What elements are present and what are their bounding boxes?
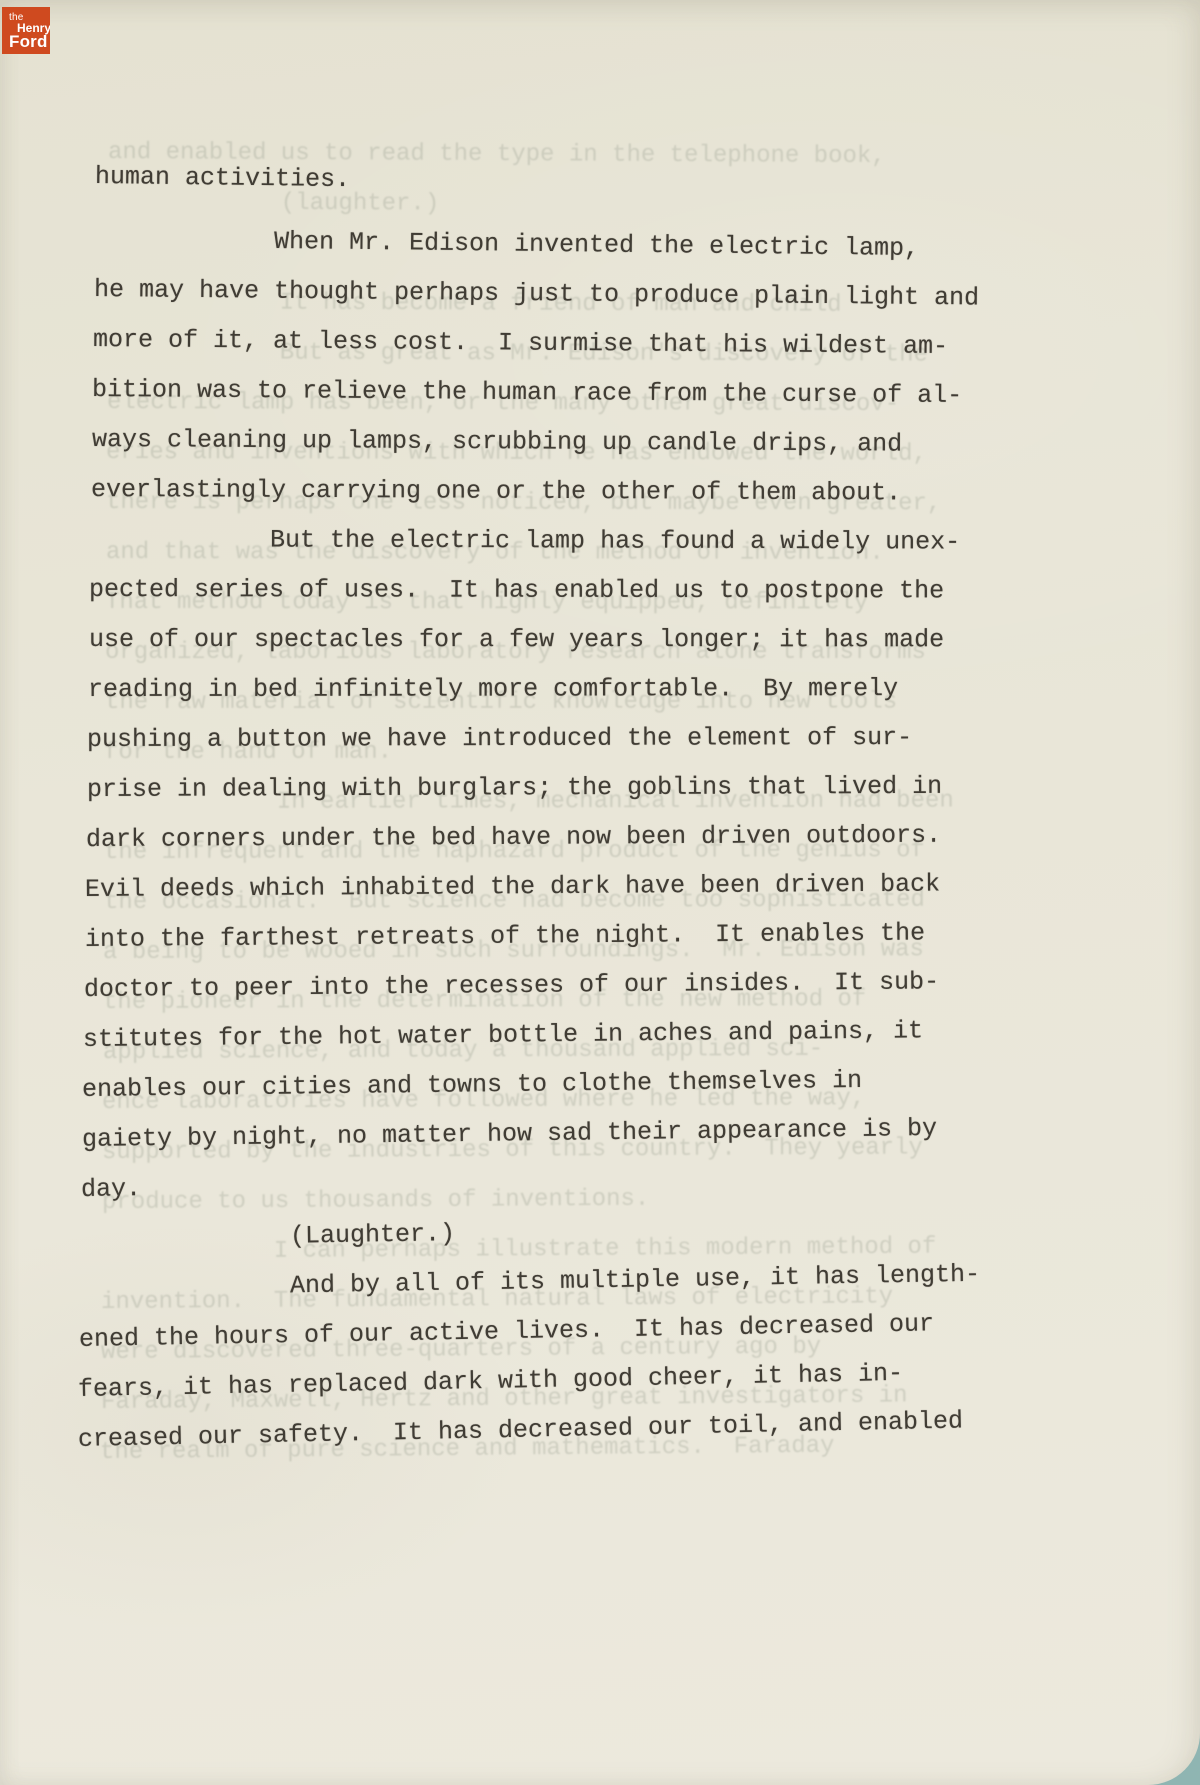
typed-line: pected series of uses. It has enabled us… (89, 565, 1160, 617)
typed-text-layer: human activities. When Mr. Edison invent… (95, 152, 1160, 1465)
document-page: the Henry Ford and enabled us to read th… (0, 0, 1200, 1785)
typed-line: human activities. (95, 152, 1161, 215)
typed-line: Evil deeds which inhabited the dark have… (85, 858, 1160, 915)
typed-line: dark corners under the bed have now been… (86, 810, 1160, 865)
typed-line: But the electric lamp has found a widely… (90, 515, 1160, 568)
henry-ford-logo: the Henry Ford (2, 7, 50, 54)
typed-line: ways cleaning up lamps, scrubbing up can… (91, 415, 1160, 471)
typed-line: more of it, at less cost. I surmise that… (93, 315, 1160, 374)
typed-line: prise in dealing with burglars; the gobl… (87, 761, 1161, 815)
typed-line: everlastingly carrying one or the other … (91, 465, 1160, 520)
typed-line: use of our spectacles for a few years lo… (89, 615, 1160, 665)
typed-line: bition was to relieve the human race fro… (92, 365, 1160, 422)
typed-line: reading in bed infinitely more comfortab… (88, 664, 1160, 715)
logo-text-ford: Ford (9, 32, 48, 52)
typed-line: pushing a button we have introduced the … (87, 712, 1160, 765)
